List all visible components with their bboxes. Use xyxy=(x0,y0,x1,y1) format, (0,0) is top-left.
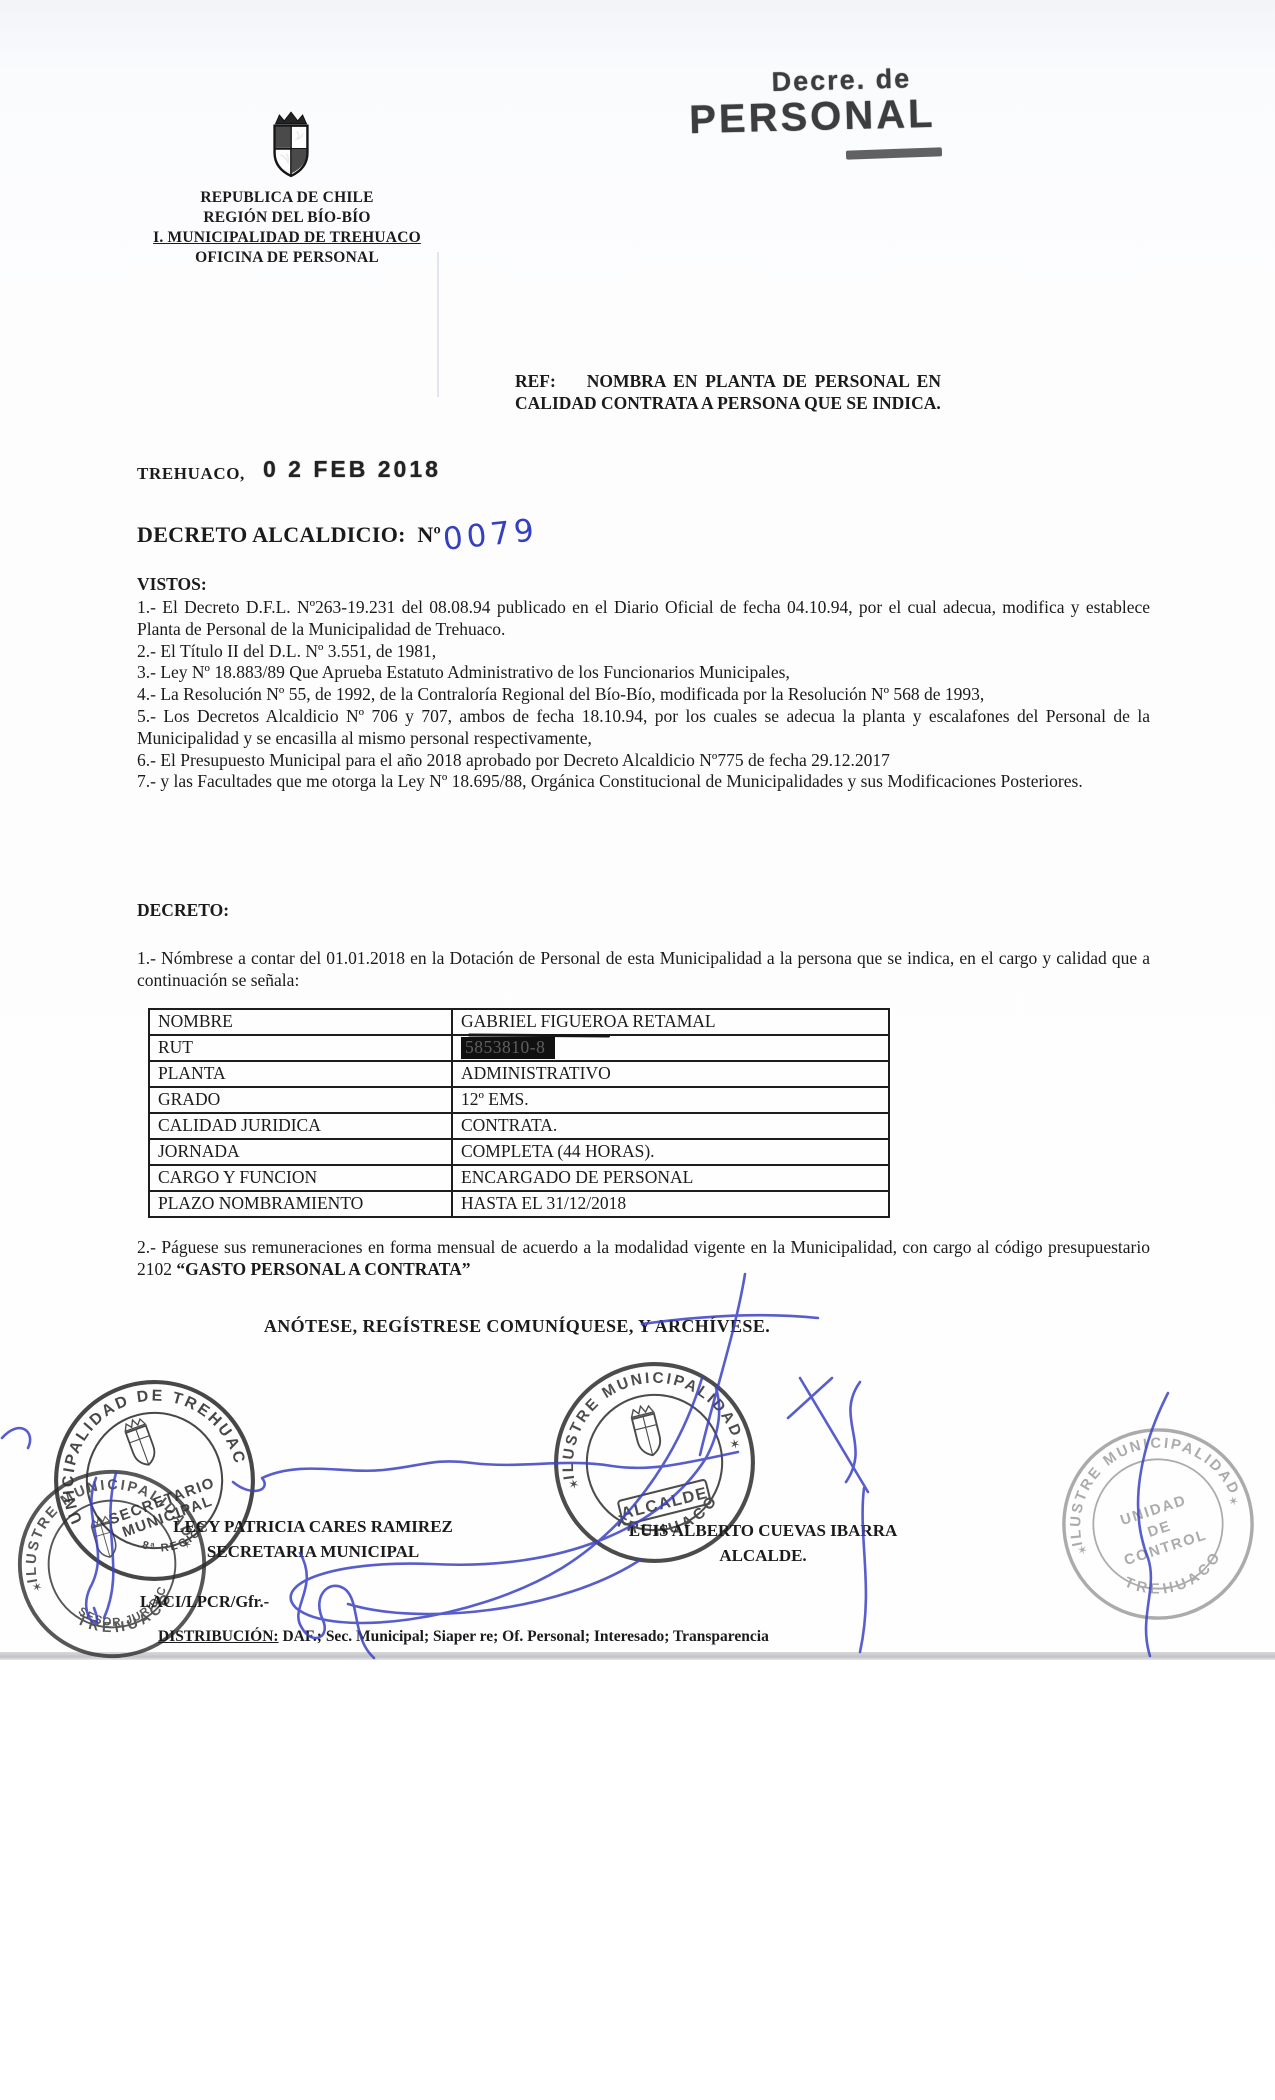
stamp-star-icon: ✶ xyxy=(1226,1493,1240,1510)
appointment-table: NOMBREGABRIEL FIGUEROA RETAMAL RUT585381… xyxy=(148,1008,890,1218)
table-row: NOMBREGABRIEL FIGUEROA RETAMAL xyxy=(149,1009,889,1035)
row-value: COMPLETA (44 HORAS). xyxy=(452,1139,889,1165)
table-row: GRADO12º EMS. xyxy=(149,1087,889,1113)
stamp-line-2: PERSONAL xyxy=(662,91,963,144)
row-value: HASTA EL 31/12/2018 xyxy=(452,1191,889,1217)
scanned-decree-page: REPUBLICA DE CHILE REGIÓN DEL BÍO-BÍO I.… xyxy=(0,0,1275,2100)
paragraph-2-bold: “GASTO PERSONAL A CONTRATA” xyxy=(176,1259,470,1279)
distribution-line: DISTRIBUCIÓN: DAF.; Sec. Municipal; Siap… xyxy=(158,1628,769,1646)
date-stamp: 0 2 FEB 2018 xyxy=(263,456,441,483)
row-value: ADMINISTRATIVO xyxy=(452,1061,889,1087)
row-label: GRADO xyxy=(149,1087,452,1113)
vistos-item: 3.- Ley Nº 18.883/89 Que Aprueba Estatut… xyxy=(137,662,1150,684)
row-value: 12º EMS. xyxy=(452,1087,889,1113)
row-value: ENCARGADO DE PERSONAL xyxy=(452,1165,889,1191)
vistos-item: 7.- y las Facultades que me otorga la Le… xyxy=(137,771,1150,793)
signatory-name: LUIS ALBERTO CUEVAS IBARRA xyxy=(608,1518,918,1543)
table-row: PLAZO NOMBRAMIENTOHASTA EL 31/12/2018 xyxy=(149,1191,889,1217)
row-label: PLANTA xyxy=(149,1061,452,1087)
letterhead-municipality: I. MUNICIPALIDAD DE TREHUACO xyxy=(137,228,437,248)
table-row: PLANTAADMINISTRATIVO xyxy=(149,1061,889,1087)
decreto-heading: DECRETO: xyxy=(137,900,229,921)
stamp-unidad-control: ILUSTRE MUNICIPALIDAD TREHUACO ✶ ✶ UNIDA… xyxy=(1035,1401,1275,1648)
stamp-star-icon: ✶ xyxy=(728,1436,742,1453)
stamp-star-icon: ✶ xyxy=(567,1476,581,1493)
signatory-name: LECY PATRICIA CARES RAMIREZ xyxy=(148,1514,478,1539)
table-row: JORNADACOMPLETA (44 HORAS). xyxy=(149,1139,889,1165)
row-value-redacted: 5853810-8 xyxy=(452,1035,889,1061)
stamp-shield-icon xyxy=(629,1403,663,1458)
letterhead: REPUBLICA DE CHILE REGIÓN DEL BÍO-BÍO I.… xyxy=(137,188,437,268)
stamp-inner-line: DE xyxy=(1146,1518,1174,1541)
ref-block: REF: NOMBRA EN PLANTA DE PERSONAL EN CAL… xyxy=(515,370,941,415)
vistos-item: 1.- El Decreto D.F.L. Nº263-19.231 del 0… xyxy=(137,597,1150,641)
vistos-item: 4.- La Resolución Nº 55, de 1992, de la … xyxy=(137,684,1150,706)
row-value: CONTRATA. xyxy=(452,1113,889,1139)
table-row: CARGO Y FUNCIONENCARGADO DE PERSONAL xyxy=(149,1165,889,1191)
vistos-item: 5.- Los Decretos Alcaldicio Nº 706 y 707… xyxy=(137,706,1150,750)
closing-formula: ANÓTESE, REGÍSTRESE COMUNÍQUESE, Y ARCHÍ… xyxy=(137,1316,897,1337)
distribution-label: DISTRIBUCIÓN: xyxy=(158,1628,279,1645)
ref-label: REF: xyxy=(515,371,556,391)
vistos-item: 6.- El Presupuesto Municipal para el año… xyxy=(137,750,1150,772)
distribution-text: DAF.; Sec. Municipal; Siaper re; Of. Per… xyxy=(279,1628,769,1645)
redacted-rut: 5853810-8 xyxy=(461,1037,555,1059)
decreto-paragraph-2-text: 2.- Páguese sus remuneraciones en forma … xyxy=(137,1237,1150,1281)
signatory-title: SECRETARIA MUNICIPAL xyxy=(148,1539,478,1564)
vistos-list: 1.- El Decreto D.F.L. Nº263-19.231 del 0… xyxy=(137,597,1150,793)
decreto-paragraph-2: 2.- Páguese sus remuneraciones en forma … xyxy=(137,1237,1150,1281)
signatory-title: ALCALDE. xyxy=(608,1543,918,1568)
stamp-star-icon: ✶ xyxy=(30,1579,44,1595)
table-row: CALIDAD JURIDICACONTRATA. xyxy=(149,1113,889,1139)
row-label: JORNADA xyxy=(149,1139,452,1165)
row-label: CALIDAD JURIDICA xyxy=(149,1113,452,1139)
scan-fold-line xyxy=(437,252,439,397)
row-value: GABRIEL FIGUEROA RETAMAL xyxy=(452,1009,889,1035)
row-label: PLAZO NOMBRAMIENTO xyxy=(149,1191,452,1217)
stamp-shield-icon xyxy=(90,1514,120,1559)
ref-text: NOMBRA EN PLANTA DE PERSONAL EN CALIDAD … xyxy=(515,371,941,414)
letterhead-office: OFICINA DE PERSONAL xyxy=(137,248,437,268)
decree-number-prefix: Nº xyxy=(417,522,441,547)
dateline-city: TREHUACO, xyxy=(137,464,245,484)
decree-number-handwritten: 0079 xyxy=(441,512,539,558)
decreto-paragraph-1-text: 1.- Nómbrese a contar del 01.01.2018 en … xyxy=(137,948,1150,992)
coat-of-arms-icon xyxy=(262,110,320,182)
scan-page-edge xyxy=(0,1652,1275,1660)
row-label: RUT xyxy=(149,1035,452,1061)
stamp-ink-smudge xyxy=(846,147,942,159)
signature-block-alcalde: LUIS ALBERTO CUEVAS IBARRA ALCALDE. xyxy=(608,1518,918,1568)
decreto-paragraph-1: 1.- Nómbrese a contar del 01.01.2018 en … xyxy=(137,948,1150,992)
row-label: NOMBRE xyxy=(149,1009,452,1035)
vistos-item: 2.- El Título II del D.L. Nº 3.551, de 1… xyxy=(137,641,1150,663)
letterhead-region: REGIÓN DEL BÍO-BÍO xyxy=(137,208,437,228)
drafting-initials: LACI/LPCR/Gfr.- xyxy=(140,1592,269,1612)
stamp-star-icon: ✶ xyxy=(1075,1542,1089,1559)
personnel-decree-stamp: Decre. de PERSONAL xyxy=(661,62,963,144)
letterhead-country: REPUBLICA DE CHILE xyxy=(137,188,437,208)
table-row: RUT5853810-8 xyxy=(149,1035,889,1061)
signature-block-secretaria: LECY PATRICIA CARES RAMIREZ SECRETARIA M… xyxy=(148,1514,478,1564)
decree-title: DECRETO ALCALDICIO: Nº0079 xyxy=(137,514,536,550)
decree-title-label: DECRETO ALCALDICIO: xyxy=(137,522,406,547)
row-label: CARGO Y FUNCION xyxy=(149,1165,452,1191)
scanner-background xyxy=(0,1660,1275,2100)
vistos-heading: VISTOS: xyxy=(137,574,207,595)
